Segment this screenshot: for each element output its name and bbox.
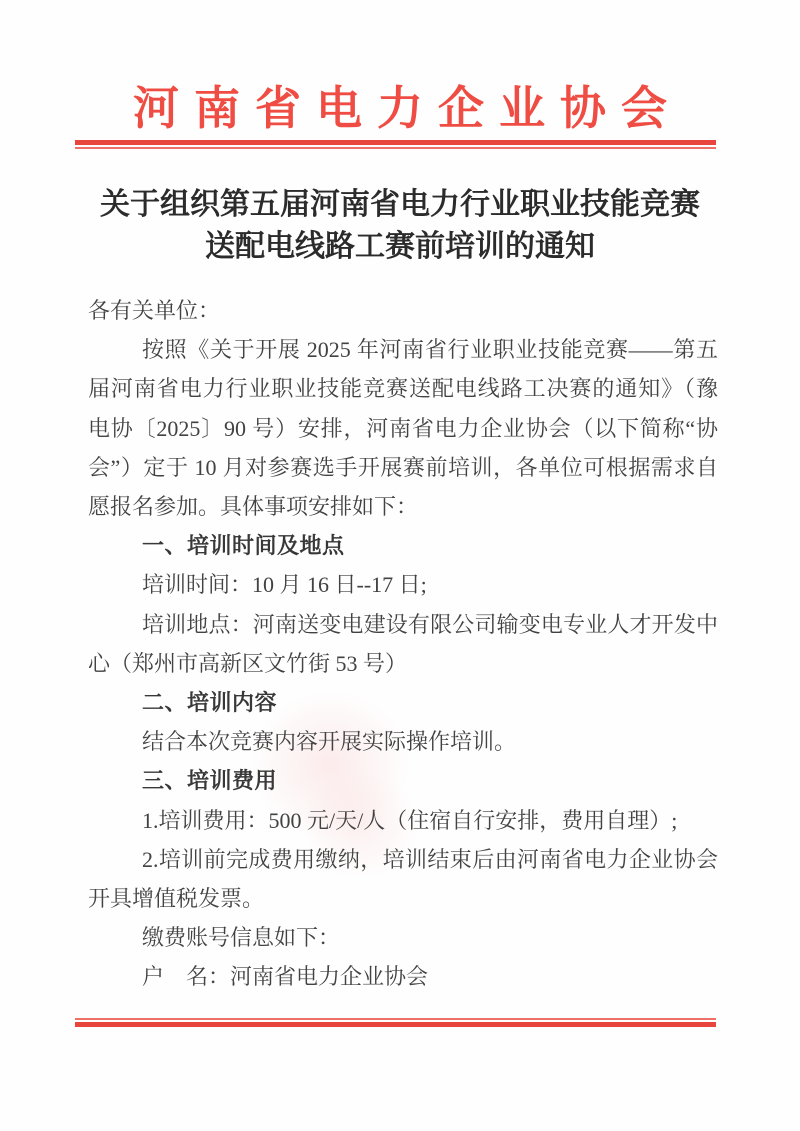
training-content-line: 结合本次竞赛内容开展实际操作培训。 — [88, 722, 718, 761]
fee-item-line: 1.培训费用：500 元/天/人（住宿自行安排，费用自理）; — [88, 801, 718, 840]
footer-rule — [75, 1018, 716, 1027]
section-heading-1: 一、培训时间及地点 — [88, 526, 718, 565]
paragraph-line: 会”）定于 10 月对参赛选手开展赛前培训，各单位可根据需求自 — [88, 448, 718, 487]
salutation: 各有关单位： — [88, 291, 718, 330]
paragraph-line: 电协〔2025〕90 号）安排，河南省电力企业协会（以下简称“协 — [88, 409, 718, 448]
payment-info-intro: 缴费账号信息如下： — [88, 918, 718, 957]
paragraph-line: 愿报名参加。具体事项安排如下： — [88, 487, 718, 526]
section-heading-3: 三、培训费用 — [88, 761, 718, 800]
footer-rule-thin-line — [75, 1018, 716, 1020]
training-place-line: 心（郑州市高新区文竹街 53 号） — [88, 644, 718, 683]
header-rule-thick-line — [75, 140, 716, 145]
training-time-line: 培训时间：10 月 16 日--17 日; — [88, 565, 718, 604]
paragraph-line: 按照《关于开展 2025 年河南省行业职业技能竞赛——第五 — [88, 330, 718, 369]
document-page: 河南省电力企业协会 关于组织第五届河南省电力行业职业技能竞赛 送配电线路工赛前培… — [0, 0, 800, 1131]
account-name-line: 户 名：河南省电力企业协会 — [88, 957, 718, 996]
document-title-line2: 送配电线路工赛前培训的通知 — [205, 230, 595, 263]
fee-item-line: 2.培训前完成费用缴纳，培训结束后由河南省电力企业协会 — [88, 840, 718, 879]
fee-item-line: 开具增值税发票。 — [88, 879, 718, 918]
footer-rule-thick-line — [75, 1022, 716, 1027]
section-heading-2: 二、培训内容 — [88, 683, 718, 722]
header-rule — [75, 140, 716, 149]
document-body: 各有关单位： 按照《关于开展 2025 年河南省行业职业技能竞赛——第五 届河南… — [88, 291, 718, 997]
training-place-line: 培训地点：河南送变电建设有限公司输变电专业人才开发中 — [88, 605, 718, 644]
header-rule-thin-line — [75, 147, 716, 149]
letterhead-org-name: 河南省电力企业协会 — [0, 72, 800, 138]
paragraph-line: 届河南省电力行业职业技能竞赛送配电线路工决赛的通知》（豫 — [88, 369, 718, 408]
document-title-line1: 关于组织第五届河南省电力行业职业技能竞赛 — [100, 188, 700, 221]
document-title: 关于组织第五届河南省电力行业职业技能竞赛 送配电线路工赛前培训的通知 — [0, 184, 800, 268]
